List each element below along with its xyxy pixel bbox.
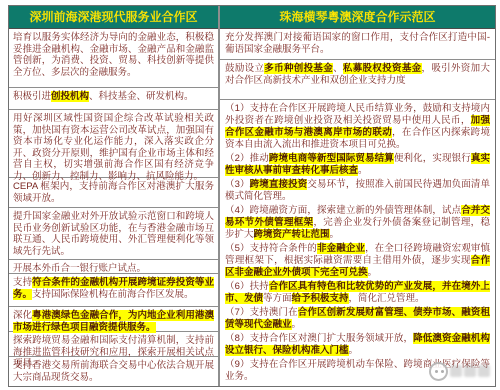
table-cell: 培育以服务实体经济为导向的金融业态，积极稳妥推进金融机构、金融市场、金融产品和金… xyxy=(9,29,218,88)
table-cell: （1）支持在合作区开展跨境人民币结算业务，鼓励和支持境内外投资者在跨境创业投资及… xyxy=(220,100,495,386)
cell-paragraph: 深化粤港澳绿色金融合作，为内地企业利用港澳市场进行绿色项目融资提供服务。 xyxy=(13,310,214,333)
body-text: （1）支持在合作区开展跨境人民币结算业务，鼓励和支持境内外投资者在跨境创业投资及… xyxy=(225,103,490,126)
cell-paragraph: 培育以服务实体经济为导向的金融业态，积极稳妥推进金融机构、金融市场、金融产品和金… xyxy=(13,32,214,78)
body-text: 充分发挥澳门对接葡语国家的窗口作用，支付合作区打造中国-葡语国家金融服务平台。 xyxy=(225,32,490,55)
table-cell: CEPA 框架内，支持前海合作区对港澳扩大服务领域开放。 xyxy=(9,178,218,208)
body-text: 支持香港交易所前海联合交易中心依法合规开展大宗商品现货交易。 xyxy=(13,360,214,383)
highlighted-text: 跨境资产转让范围 xyxy=(254,229,330,240)
table-cell: 用好深圳区域性国资国企综合改革试验相关政策，加快国有资本运营公司改革试点，加强国… xyxy=(9,110,218,178)
highlighted-text: 粤港澳绿色金融合作，为内地企业利用港澳市场进行绿色项目融资提供服务。 xyxy=(13,310,214,333)
highlighted-text: 非金融企业 xyxy=(317,243,365,254)
cell-paragraph: 积极引进创投机构、科技基金、研发机构。 xyxy=(13,91,214,103)
cell-paragraph: （5）支持符合条件的非金融企业，在全口径跨境融资宏观审慎管理框架下，根据实际融资… xyxy=(225,243,490,279)
highlighted-text: 跨境电商等新型国际贸易结算 xyxy=(269,153,394,164)
body-text: 开展本外币合一银行账户试点。 xyxy=(13,263,146,274)
cell-paragraph: （4）跨境融资方面，探索建立新的外债管理体制，试点合并交易环节外债管理框架，完善… xyxy=(225,205,490,241)
body-text: 便利化，实现银行 xyxy=(394,153,471,164)
body-text: 等方面 xyxy=(263,293,292,304)
body-text: 支持国际保险机构在前海合作区发展。 xyxy=(32,289,194,300)
hengqin-rows: 充分发挥澳门对接葡语国家的窗口作用，支付合作区打造中国-葡语国家金融服务平台。鼓… xyxy=(220,29,495,386)
table-cell: 支持符合条件的金融机构开展跨境证券投资等业务。支持国际保险机构在前海合作区发展。 xyxy=(9,274,218,307)
body-text: 。 xyxy=(292,319,302,330)
cell-paragraph: （7）支持澳门在合作区创新发展财富管理、债券市场、融资租赁等现代金融业。 xyxy=(225,307,490,331)
table-cell: 深化粤港澳绿色金融合作，为内地企业利用港澳市场进行绿色项目融资提供服务。 xyxy=(9,307,218,332)
body-text: 。 xyxy=(349,345,359,356)
table-cell: 探索跨境贸易金融和国际支付清算机制，支持前海推进监管科技研究和应用，探索开展相关… xyxy=(9,332,218,357)
page: 深圳前海深港现代服务业合作区 培育以服务实体经济为导向的金融业态，积极稳妥推进金… xyxy=(0,0,500,390)
highlighted-text: 给予积极支持 xyxy=(292,293,349,304)
cell-paragraph: （3）跨境直接投资交易环节，按照准入前国民待遇加负面清单模式简化管理。 xyxy=(225,179,490,203)
body-text: ，简化汇兑管理。 xyxy=(349,293,425,304)
column-header-hengqin: 珠海横琴粤澳深度合作示范区 xyxy=(220,6,495,29)
column-header-qianhai: 深圳前海深港现代服务业合作区 xyxy=(9,6,218,29)
body-text: 鼓励设立 xyxy=(225,63,264,74)
table-cell: 鼓励设立多币种创投基金、私募股权投资基金，吸引外资加大对合作区高新技术产业和双创… xyxy=(220,60,495,100)
cell-paragraph: 用好深圳区域性国资国企综合改革试验相关政策，加快国有资本运营公司改革试点，加强国… xyxy=(13,113,214,182)
qianhai-rows: 培育以服务实体经济为导向的金融业态，积极稳妥推进金融机构、金融市场、金融产品和金… xyxy=(9,29,218,386)
body-text: 。 xyxy=(358,165,368,176)
body-text: （8）支持合作区对澳门扩大服务领域开放， xyxy=(225,333,413,344)
body-text: （2）推动 xyxy=(225,153,269,164)
highlighted-text: 私募股权投资基金 xyxy=(343,63,422,74)
highlighted-text: 跨境直接投资 xyxy=(250,179,308,190)
highlighted-text: 创投机构 xyxy=(51,91,89,102)
body-text: （9）支持在合作区开展跨境机动车保险、跨境商业医疗保险等业务。 xyxy=(225,359,490,382)
cell-paragraph: （1）支持在合作区开展跨境人民币结算业务，鼓励和支持境内外投资者在跨境创业投资及… xyxy=(225,103,490,151)
cell-paragraph: （9）支持在合作区开展跨境机动车保险、跨境商业医疗保险等业务。 xyxy=(225,359,490,383)
comparison-table: 深圳前海深港现代服务业合作区 培育以服务实体经济为导向的金融业态，积极稳妥推进金… xyxy=(8,5,496,387)
body-text: （7）支持澳门在 xyxy=(225,307,298,318)
body-text: 培育以服务实体经济为导向的金融业态，积极稳妥推进金融机构、金融市场、金融产品和金… xyxy=(13,32,214,78)
table-cell: 积极引进创投机构、科技基金、研发机构。 xyxy=(9,88,218,110)
table-cell: 支持香港交易所前海联合交易中心依法合规开展大宗商品现货交易。 xyxy=(9,357,218,386)
cell-paragraph: （8）支持合作区对澳门扩大服务领域开放，降低澳资金融机构设立银行、保险机构准入门… xyxy=(225,333,490,357)
cell-paragraph: （2）推动跨境电商等新型国际贸易结算便利化，实现银行真实性审核从事前审查转化事后… xyxy=(225,153,490,177)
body-text: 积极引进 xyxy=(13,91,51,102)
cell-paragraph: 开展本外币合一银行账户试点。 xyxy=(13,263,214,275)
table-cell: 提升国家金融业对外开放试验示范窗口和跨境人民币业务创新试验区功能，在与香港金融市… xyxy=(9,208,218,260)
body-text: 提升国家金融业对外开放试验示范窗口和跨境人民币业务创新试验区功能，在与香港金融市… xyxy=(13,211,214,257)
body-text: （3） xyxy=(225,179,250,190)
body-text: （6）扶持 xyxy=(225,281,269,292)
table-cell: 开展本外币合一银行账户试点。 xyxy=(9,260,218,274)
body-text: 。 xyxy=(330,229,340,240)
cell-paragraph: 支持符合条件的金融机构开展跨境证券投资等业务。支持国际保险机构在前海合作区发展。 xyxy=(13,277,214,300)
body-text: CEPA 框架内，支持前海合作区对港澳扩大服务领域开放。 xyxy=(13,181,214,204)
cell-paragraph: 提升国家金融业对外开放试验示范窗口和跨境人民币业务创新试验区功能，在与香港金融市… xyxy=(13,211,214,257)
column-hengqin: 珠海横琴粤澳深度合作示范区 充分发挥澳门对接葡语国家的窗口作用，支付合作区打造中… xyxy=(219,6,495,386)
cell-paragraph: （6）扶持合作区具有特色和比较优势的产业发展，并在境外上市、发债等方面给予积极支… xyxy=(225,281,490,305)
cell-paragraph: 鼓励设立多币种创投基金、私募股权投资基金，吸引外资加大对合作区高新技术产业和双创… xyxy=(225,63,490,87)
body-text: （4）跨境融资方面，探索建立新的外债管理体制，试点 xyxy=(225,205,461,216)
body-text: （5）支持符合条件的 xyxy=(225,243,317,254)
cell-paragraph: 充分发挥澳门对接葡语国家的窗口作用，支付合作区打造中国-葡语国家金融服务平台。 xyxy=(225,32,490,56)
body-text: 、科技基金、研发机构。 xyxy=(89,91,194,102)
body-text: 。 xyxy=(368,267,378,278)
body-text: 、 xyxy=(333,63,343,74)
body-text: 用好深圳区域性国资国企综合改革试验相关政策，加快国有资本运营公司改革试点，加强国… xyxy=(13,113,214,182)
table-cell: 充分发挥澳门对接葡语国家的窗口作用，支付合作区打造中国-葡语国家金融服务平台。 xyxy=(220,29,495,60)
cell-paragraph: CEPA 框架内，支持前海合作区对港澳扩大服务领域开放。 xyxy=(13,181,214,204)
highlighted-text: 多币种创投基金 xyxy=(264,63,333,74)
body-text: 支持 xyxy=(13,277,32,288)
cell-paragraph: 支持香港交易所前海联合交易中心依法合规开展大宗商品现货交易。 xyxy=(13,360,214,383)
body-text: 深化 xyxy=(13,310,32,321)
column-qianhai: 深圳前海深港现代服务业合作区 培育以服务实体经济为导向的金融业态，积极稳妥推进金… xyxy=(9,6,219,386)
